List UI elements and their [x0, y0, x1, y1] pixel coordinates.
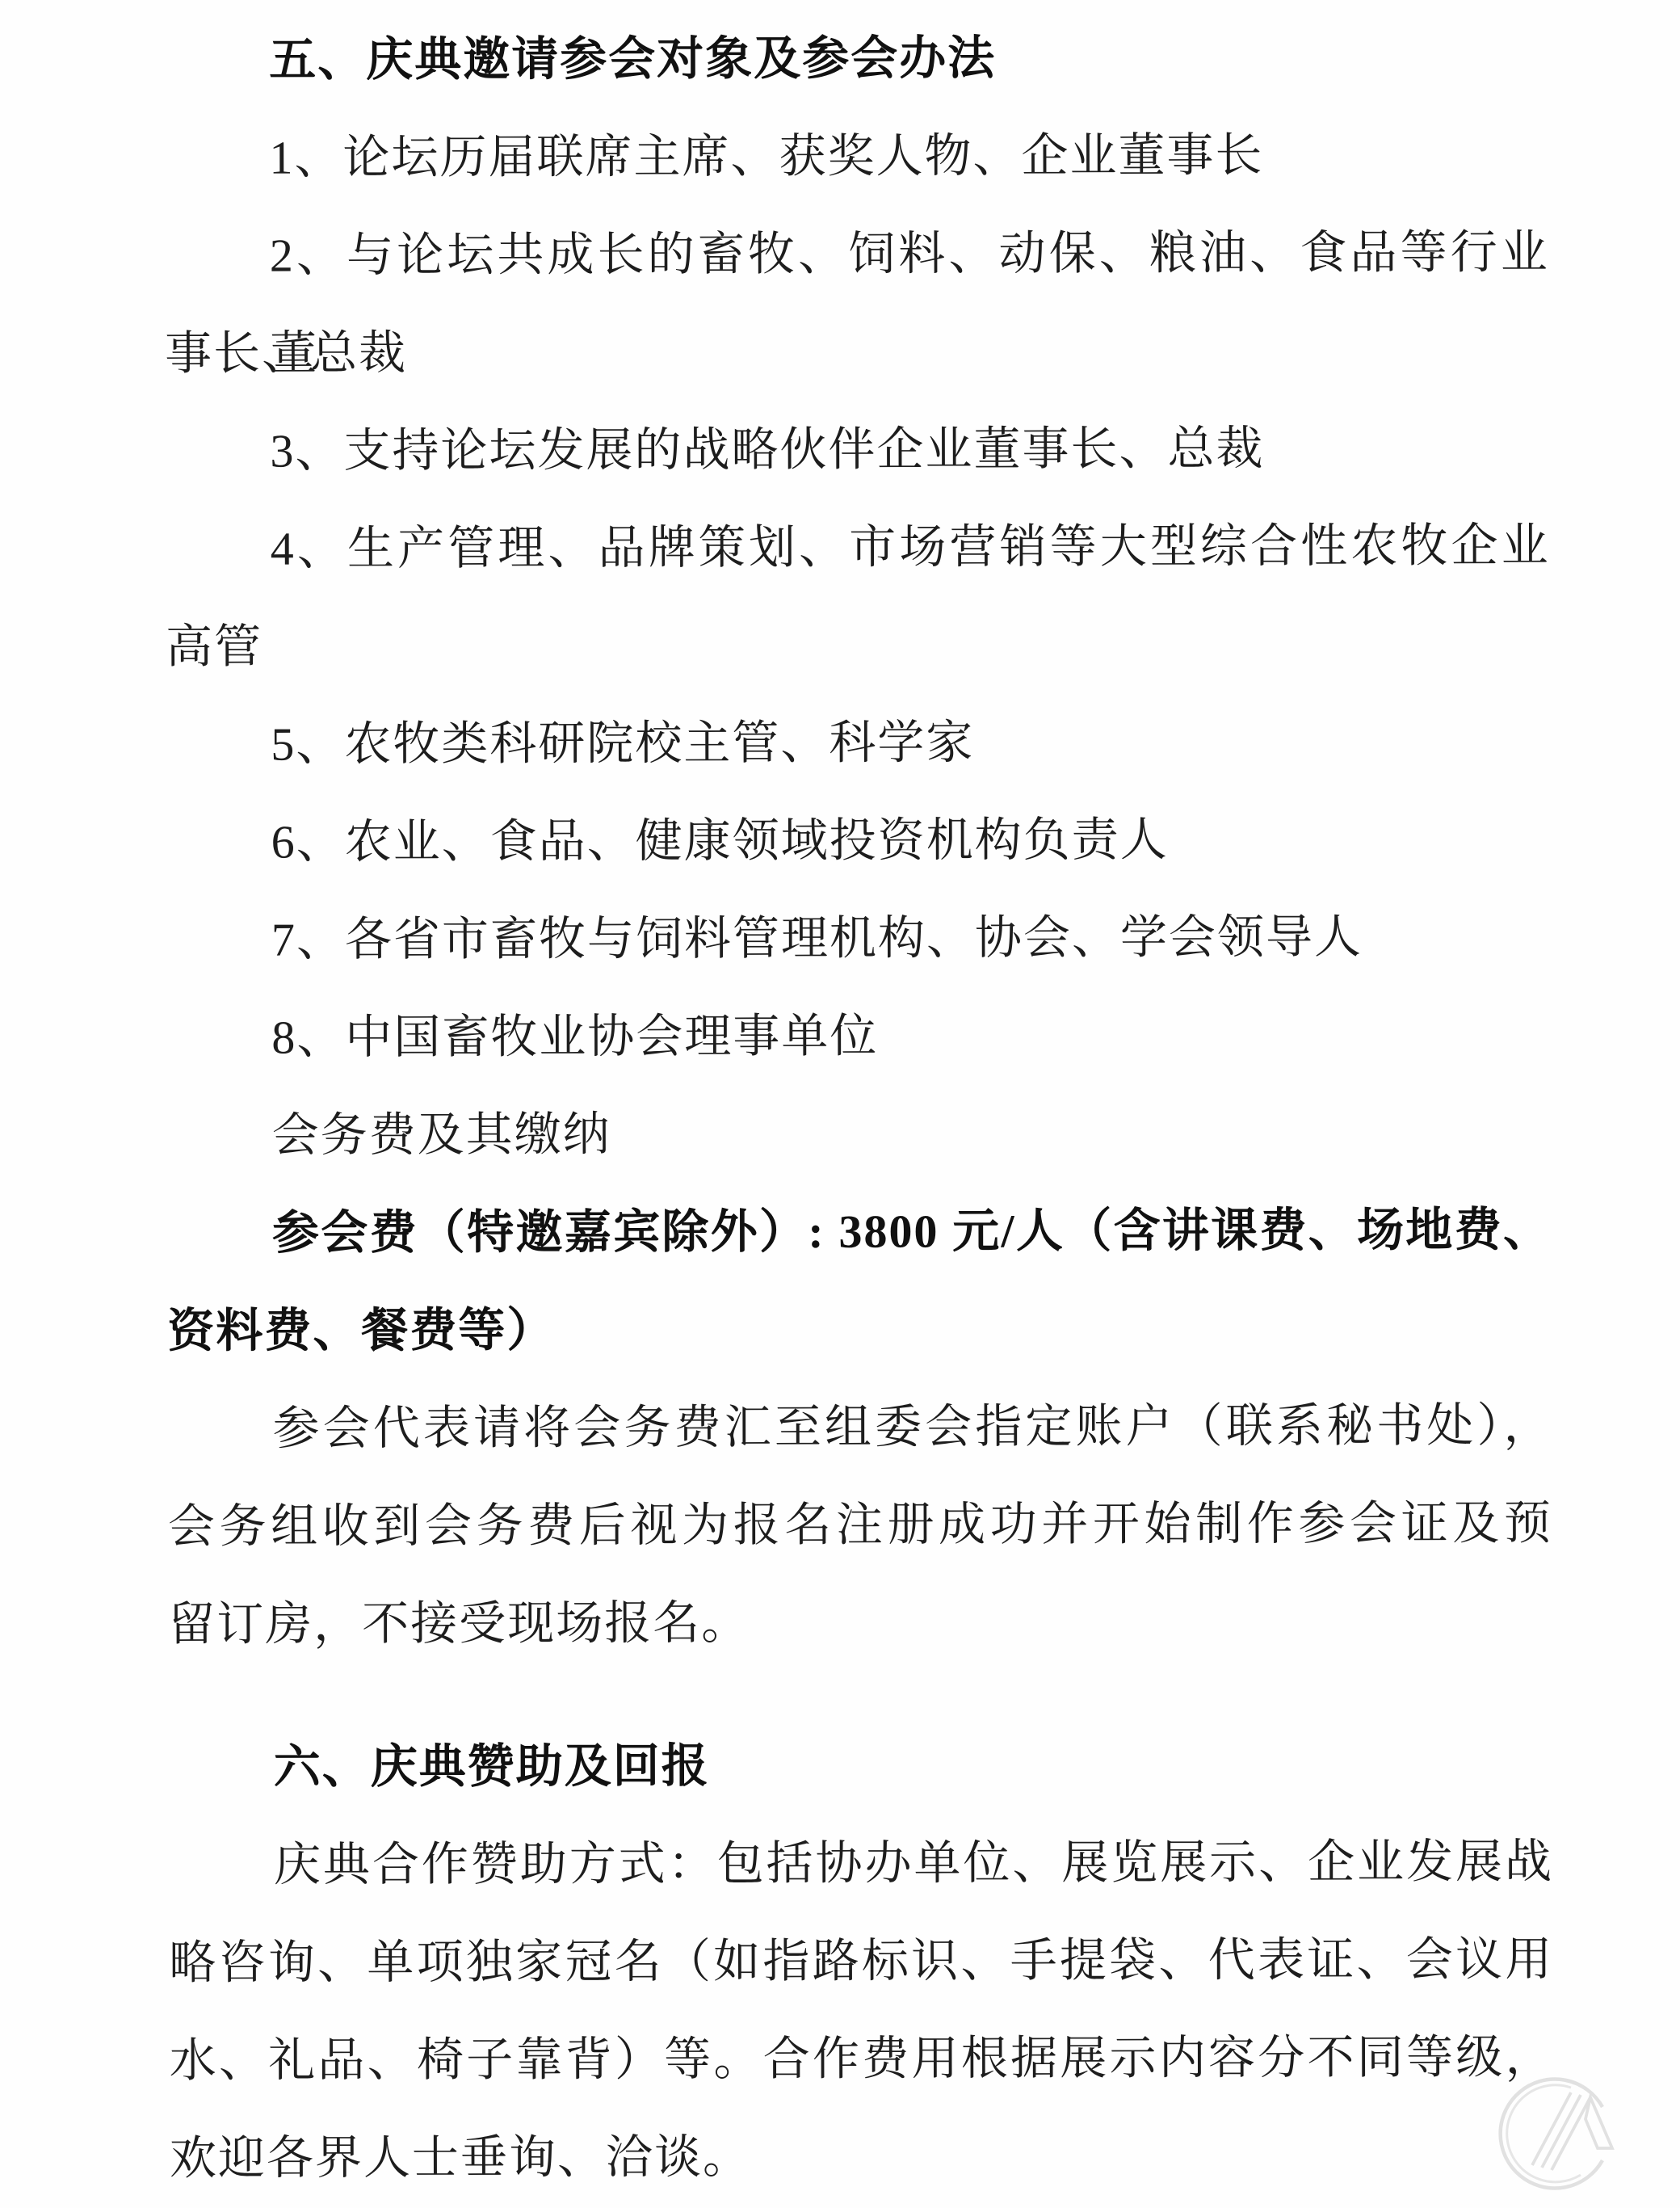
list-item-1: 1、论坛历届联席主席、获奖人物、企业董事长 [164, 106, 1548, 207]
list-item-4: 4、生产管理、品牌策划、市场营销等大型综合性农牧企业 [166, 497, 1550, 598]
fee-subheading: 会务费及其缴纳 [166, 1083, 1551, 1184]
scanned-document-page: 五、庆典邀请参会对象及参会办法 1、论坛历届联席主席、获奖人物、企业董事长 2、… [0, 0, 1680, 2208]
section-heading-5: 五、庆典邀请参会对象及参会办法 [164, 8, 1548, 109]
list-item-7: 7、各省市畜牧与饲料管理机构、协会、学会领导人 [166, 888, 1551, 989]
sponsor-para-line-3: 水、礼品、椅子靠背）等。合作费用根据展示内容分不同等级， [169, 2008, 1553, 2109]
section-heading-6: 六、庆典赞助及回报 [169, 1715, 1553, 1816]
payment-para-line-3: 留订房，不接受现场报名。 [168, 1572, 1552, 1673]
document-text-block: 五、庆典邀请参会对象及参会办法 1、论坛历届联席主席、获奖人物、企业董事长 2、… [164, 8, 1554, 2207]
list-item-2-cont: 事长、总裁 [165, 301, 1549, 402]
sponsor-para-line-2: 略咨询、单项独家冠名（如指路标识、手提袋、代表证、会议用 [169, 1911, 1553, 2012]
watermark-logo-icon [1496, 2073, 1617, 2194]
fee-amount-line-cont: 资料费、餐费等） [167, 1279, 1552, 1380]
sponsor-para-line-1: 庆典合作赞助方式：包括协办单位、展览展示、企业发展战 [169, 1813, 1553, 1914]
closing-line: 欢迎各界人士垂询、洽谈。 [170, 2106, 1554, 2207]
list-item-5: 5、农牧类科研院校主管、科学家 [166, 692, 1550, 793]
fee-amount-line: 参会费（特邀嘉宾除外）: 3800 元/人（含讲课费、场地费、 [167, 1181, 1552, 1282]
list-item-6: 6、农业、食品、健康领域投资机构负责人 [166, 790, 1551, 891]
list-item-2: 2、与论坛共成长的畜牧、饲料、动保、粮油、食品等行业董 [165, 204, 1549, 305]
payment-para-line-1: 参会代表请将会务费汇至组委会指定账户（联系秘书处）， [167, 1377, 1552, 1478]
list-item-3: 3、支持论坛发展的战略伙伴企业董事长、总裁 [165, 399, 1549, 500]
payment-para-line-2: 会务组收到会务费后视为报名注册成功并开始制作参会证及预 [168, 1474, 1552, 1575]
list-item-4-cont: 高管 [166, 595, 1550, 696]
list-item-8: 8、中国畜牧业协会理事单位 [166, 986, 1551, 1087]
